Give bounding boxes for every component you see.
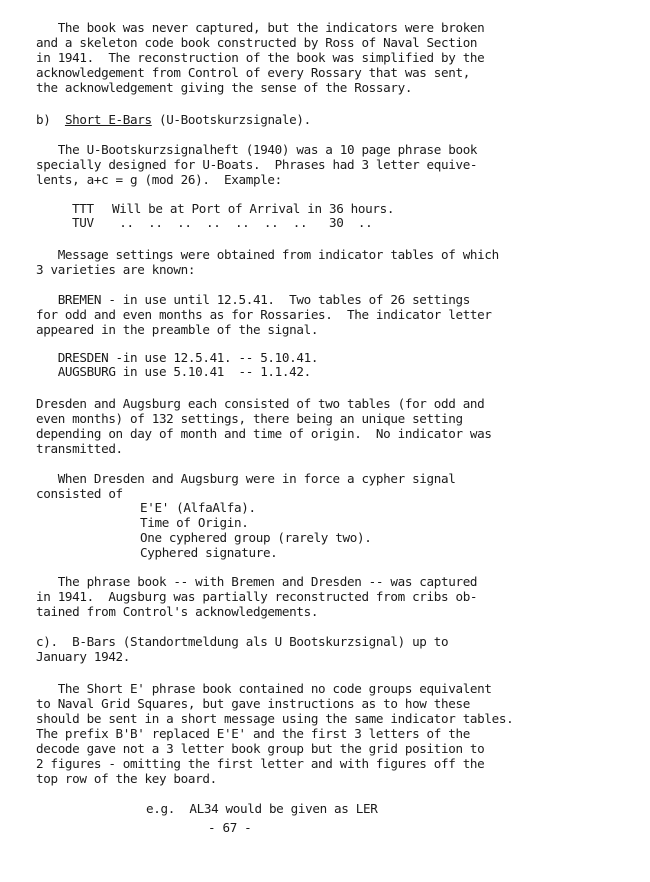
example-line: e.g. AL34 would be given as LER <box>146 801 377 816</box>
text-line: The U-Bootskurzsignalheft (1940) was a 1… <box>36 142 477 157</box>
cypher-list-item: One cyphered group (rarely two). <box>140 530 371 545</box>
text-line: appeared in the preamble of the signal. <box>36 322 318 337</box>
section-c-heading: c). B-Bars (Standortmeldung als U Bootsk… <box>36 634 448 649</box>
cypher-list-item: Time of Origin. <box>140 515 248 530</box>
text-line: lents, a+c = g (mod 26). Example: <box>36 172 282 187</box>
text-line: specially designed for U-Boats. Phrases … <box>36 157 477 172</box>
text-line: to Naval Grid Squares, but gave instruct… <box>36 696 470 711</box>
section-title: Short E-Bars <box>65 112 152 127</box>
example-text: Will be at Port of Arrival in 36 hours. <box>112 201 394 216</box>
text-line: The prefix B'B' replaced E'E' and the fi… <box>36 726 470 741</box>
text-line: acknowledgement from Control of every Ro… <box>36 65 470 80</box>
text-line: tained from Control's acknowledgements. <box>36 604 318 619</box>
cypher-list-item: E'E' (AlfaAlfa). <box>140 500 256 515</box>
period-line: AUGSBURG in use 5.10.41 -- 1.1.42. <box>36 364 311 379</box>
example-code: TUV <box>72 215 94 230</box>
text-line: should be sent in a short message using … <box>36 711 513 726</box>
period-line: DRESDEN -in use 12.5.41. -- 5.10.41. <box>36 350 318 365</box>
section-b-heading: b) Short E-Bars (U-Bootskurzsignale). <box>36 112 311 127</box>
text-line: The phrase book -- with Bremen and Dresd… <box>36 574 477 589</box>
page-number: - 67 - <box>208 820 251 835</box>
text-line: Message settings were obtained from indi… <box>36 247 499 262</box>
text-line: 3 varieties are known: <box>36 262 195 277</box>
text-line: even months) of 132 settings, there bein… <box>36 411 463 426</box>
section-c-heading: January 1942. <box>36 649 130 664</box>
text-line: BREMEN - in use until 12.5.41. Two table… <box>36 292 470 307</box>
text-line: in 1941. Augsburg was partially reconstr… <box>36 589 477 604</box>
example-text: .. .. .. .. .. .. .. 30 .. <box>112 215 372 230</box>
example-code: TTT <box>72 201 94 216</box>
text-line: and a skeleton code book constructed by … <box>36 35 477 50</box>
text-line: When Dresden and Augsburg were in force … <box>36 471 455 486</box>
document-page: The book was never captured, but the ind… <box>0 0 650 882</box>
text-line: top row of the key board. <box>36 771 217 786</box>
text-line: depending on day of month and time of or… <box>36 426 492 441</box>
text-line: for odd and even months as for Rossaries… <box>36 307 492 322</box>
text-line: in 1941. The reconstruction of the book … <box>36 50 484 65</box>
text-line: transmitted. <box>36 441 123 456</box>
cypher-list-item: Cyphered signature. <box>140 545 277 560</box>
section-subtitle: (U-Bootskurzsignale). <box>152 112 311 127</box>
text-line: The Short E' phrase book contained no co… <box>36 681 492 696</box>
text-line: The book was never captured, but the ind… <box>36 20 484 35</box>
text-line: the acknowledgement giving the sense of … <box>36 80 412 95</box>
section-marker: b) <box>36 112 50 127</box>
text-line: consisted of <box>36 486 123 501</box>
text-line: decode gave not a 3 letter book group bu… <box>36 741 484 756</box>
text-line: Dresden and Augsburg each consisted of t… <box>36 396 484 411</box>
text-line: 2 figures - omitting the first letter an… <box>36 756 484 771</box>
